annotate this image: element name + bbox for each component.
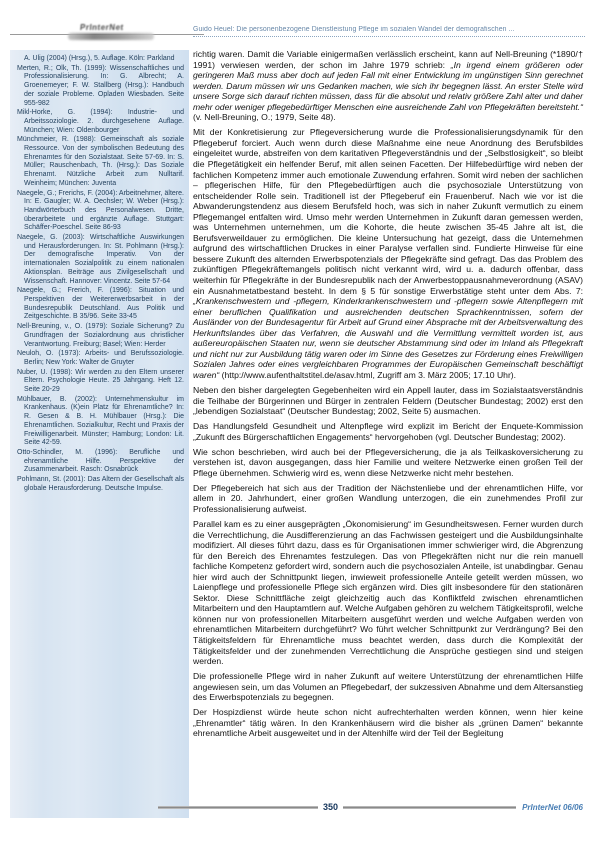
reference-entry: A. Ulig (2004) (Hrsg.), 5. Auflage. Köln… <box>17 55 184 64</box>
page-footer: 350 PrInterNet 06/06 <box>158 801 583 813</box>
journal-logo: PrInterNet <box>56 22 176 44</box>
journal-logo-text: PrInterNet <box>80 23 125 32</box>
footer-rule-left <box>158 806 318 809</box>
reference-entry: Mühlbauer, B. (2002): Unternehmenskultur… <box>17 396 184 448</box>
body-paragraph: Mit der Konkretisierung zur Pflegeversic… <box>193 127 583 380</box>
paragraph-text: Parallel kam es zu einer ausgeprägten „Ö… <box>193 519 583 666</box>
reference-entry: Münchmeier, R. (1988): Gemeinschaft als … <box>17 136 184 188</box>
paragraph-text: Die professionelle Pflege wird in naher … <box>193 671 583 702</box>
article-body: richtig waren. Damit die Variable einige… <box>193 49 583 743</box>
reference-entry: Nell-Breuning, v., O. (1979): Soziale Si… <box>17 323 184 349</box>
body-paragraph: Der Hospizdienst würde heute schon nicht… <box>193 707 583 739</box>
references-sidebar: A. Ulig (2004) (Hrsg.), 5. Auflage. Köln… <box>10 50 189 818</box>
journal-logo-smudge <box>68 33 154 40</box>
page-number: 350 <box>323 802 338 812</box>
quote-text: „Krankenschwestern und -pflegern, Kinder… <box>193 296 583 380</box>
footer-rule-right <box>343 806 516 809</box>
body-paragraph: Die professionelle Pflege wird in naher … <box>193 671 583 703</box>
reference-entry: Naegele, G.; Frerich, F. (1996): Situati… <box>17 287 184 322</box>
body-paragraph: Parallel kam es zu einer ausgeprägten „Ö… <box>193 519 583 667</box>
reference-entry: Naegele, G.; Frerichs, F. (2004): Arbeit… <box>17 190 184 234</box>
reference-entry: Pohlmann, St. (2001): Das Altern der Ges… <box>17 476 184 493</box>
reference-entry: Naegele, G. (2003): Wirtschaftliche Ausw… <box>17 234 184 286</box>
reference-entry: Otto-Schindler, M. (1996): Berufliche un… <box>17 449 184 475</box>
paragraph-text: Wie schon beschrieben, wird auch bei der… <box>193 447 583 478</box>
body-paragraph: Das Handlungsfeld Gesundheit und Altenpf… <box>193 421 583 442</box>
body-paragraph: Der Pflegebereich hat sich aus der Tradi… <box>193 483 583 515</box>
journal-issue-label: PrInterNet 06/06 <box>522 803 583 812</box>
paragraph-text: Mit der Konkretisierung zur Pflegeversic… <box>193 127 583 295</box>
paragraph-text: Der Hospizdienst würde heute schon nicht… <box>193 707 583 738</box>
running-head: Guido Heuel: Die personenbezogene Dienst… <box>193 26 585 37</box>
reference-entry: Merten, R.; Olk, Th. (1999): Wissenschaf… <box>17 65 184 109</box>
citation-text: (http://www.aufenthaltstitel.de/asav.htm… <box>219 370 516 380</box>
paragraph-text: Neben den bisher dargelegten Gegebenheit… <box>193 385 583 416</box>
citation-text: (v. Nell-Breuning, O.; 1979, Seite 48). <box>193 112 336 122</box>
paragraph-text: Das Handlungsfeld Gesundheit und Altenpf… <box>193 421 583 442</box>
document-page: { "header": { "running_head": "Guido Heu… <box>0 0 595 842</box>
paragraph-text: Der Pflegebereich hat sich aus der Tradi… <box>193 483 583 514</box>
body-paragraph: Wie schon beschrieben, wird auch bei der… <box>193 447 583 479</box>
body-paragraph: richtig waren. Damit die Variable einige… <box>193 49 583 123</box>
reference-entry: Neuloh, O. (1973): Arbeits- und Berufsso… <box>17 350 184 367</box>
reference-entry: Mikl-Horke, G. (1994): Industrie- und Ar… <box>17 109 184 135</box>
body-paragraph: Neben den bisher dargelegten Gegebenheit… <box>193 385 583 417</box>
reference-entry: Nuber, U. (1998): Wir werden zu den Elte… <box>17 369 184 395</box>
